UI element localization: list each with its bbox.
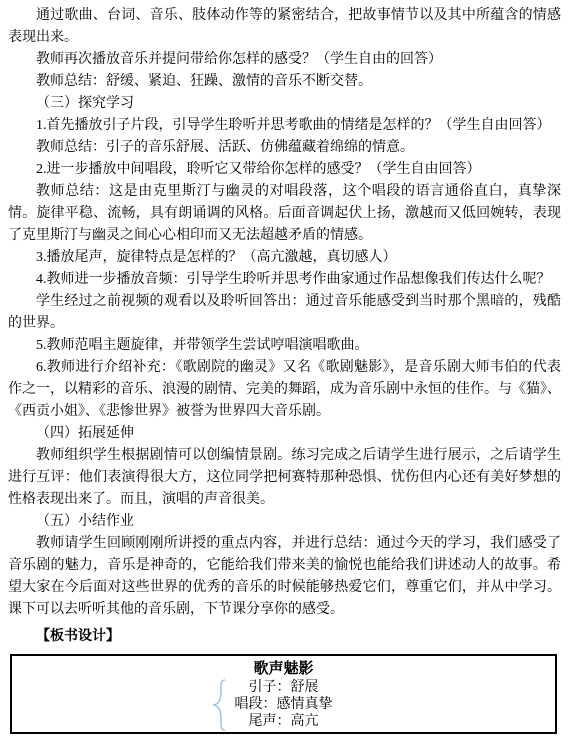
paragraph: 学生经过之前视频的观看以及聆听回答出：通过音乐能感受到当时那个黑暗的，残酷的世界… [8,291,561,335]
paragraph: 教师请学生回顾刚刚所讲授的重点内容，并进行总结：通过今天的学习，我们感受了音乐剧… [8,533,561,621]
lesson-plan-document: 通过歌曲、台词、音乐、肢体动作等的紧密结合，把故事情节以及其中所蕴含的情感表现出… [0,0,568,751]
section-heading-explore: （三）探究学习 [8,93,561,115]
numbered-item-6: 6.教师进行介绍补充：《歌剧院的幽灵》又名《歌剧魅影》，是音乐剧大师韦伯的代表作… [8,357,561,423]
numbered-item-3: 3.播放尾声，旋律特点是怎样的？（高亢激越，真切感人） [8,247,561,269]
numbered-item-5: 5.教师范唱主题旋律，并带领学生尝试哼唱演唱歌曲。 [8,335,561,357]
board-item-aria: 唱段：感情真挚 [235,696,333,713]
paragraph: 教师总结：舒缓、紧迫、狂躁、激情的音乐不断交替。 [8,71,561,93]
section-heading-extend: （四）拓展延伸 [8,423,561,445]
numbered-item-2: 2.进一步播放中间唱段，聆听它又带给你怎样的感受？（学生自由回答） [8,159,561,181]
board-item-intro: 引子：舒展 [235,679,333,696]
paragraph: 教师总结：引子的音乐舒展、活跃、仿佛蕴藏着绵绵的情意。 [8,137,561,159]
board-design-title: 歌声魅影 [12,659,555,679]
board-design-heading: 【板书设计】 [8,626,561,648]
paragraph: 教师组织学生根据剧情可以创编情景剧。练习完成之后请学生进行展示，之后请学生进行互… [8,445,561,511]
paragraph: 教师总结：这是由克里斯汀与幽灵的对唱段落，这个唱段的语言通俗直白，真挚深情。旋律… [8,181,561,247]
paragraph: 教师再次播放音乐并提问带给你怎样的感受？（学生自由的回答） [8,49,561,71]
numbered-item-4: 4.教师进一步播放音频：引导学生聆听并思考作曲家通过作品想像我们传达什么呢？ [8,269,561,291]
left-brace-icon [211,679,227,731]
section-heading-summary: （五）小结作业 [8,511,561,533]
board-item-coda: 尾声：高亢 [235,713,333,730]
numbered-item-1: 1.首先播放引子片段，引导学生聆听并思考歌曲的情绪是怎样的？（学生自由回答） [8,115,561,137]
board-design-outline: 引子：舒展 唱段：感情真挚 尾声：高亢 [235,679,333,730]
board-design-box: 歌声魅影 引子：舒展 唱段：感情真挚 尾声：高亢 [10,654,557,734]
paragraph: 通过歌曲、台词、音乐、肢体动作等的紧密结合，把故事情节以及其中所蕴含的情感表现出… [8,5,561,49]
